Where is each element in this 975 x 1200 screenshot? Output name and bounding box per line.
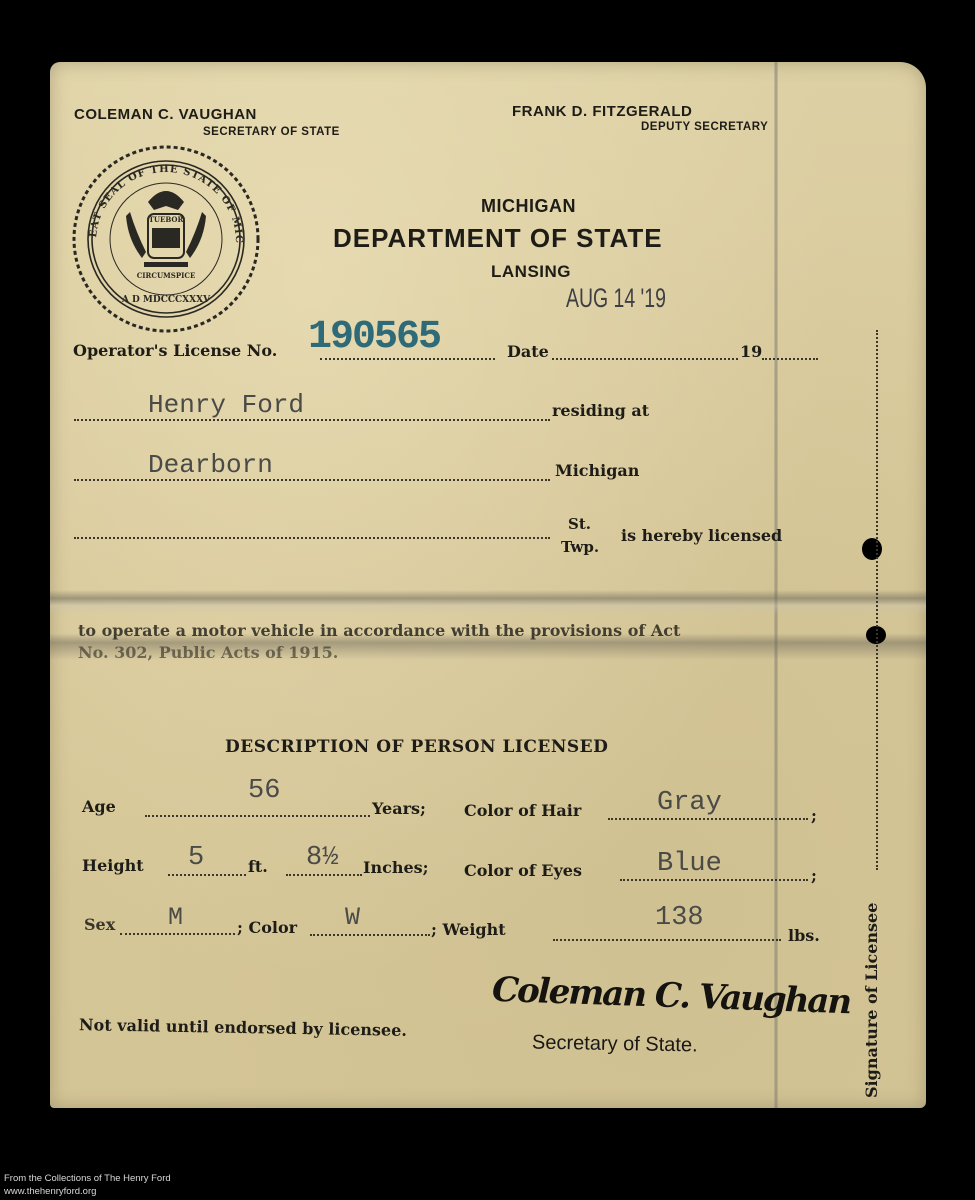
secretary-name: COLEMAN C. VAUGHAN xyxy=(74,106,257,123)
color-line xyxy=(310,934,430,936)
provision-line-2: No. 302, Public Acts of 1915. xyxy=(78,643,338,662)
height-in-value: 8½ xyxy=(306,843,338,873)
height-label: Height xyxy=(82,856,144,875)
semicolon: ; xyxy=(811,806,817,825)
department-heading: DEPARTMENT OF STATE xyxy=(333,223,663,254)
date-label: Date xyxy=(507,342,549,361)
licensee-signature-line xyxy=(876,330,878,870)
eyes-value: Blue xyxy=(657,849,722,879)
date-stamp: AUG 14 '19 xyxy=(566,283,666,314)
weight-label: ; Weight xyxy=(431,920,506,939)
sex-line xyxy=(120,933,235,935)
great-seal-of-michigan-icon: THE GREAT SEAL OF THE STATE OF MICHIGAN … xyxy=(66,142,266,336)
secretary-title: SECRETARY OF STATE xyxy=(203,126,340,138)
age-label: Age xyxy=(82,797,116,816)
license-number-label: Operator's License No. xyxy=(73,341,277,360)
city-heading: LANSING xyxy=(491,262,571,282)
signature-title: Secretary of State. xyxy=(532,1032,698,1058)
deputy-name: FRANK D. FITZGERALD xyxy=(512,103,692,120)
state-label: Michigan xyxy=(555,461,639,480)
licensee-city: Dearborn xyxy=(148,450,273,480)
ft-label: ft. xyxy=(248,857,268,876)
age-line xyxy=(145,815,370,817)
svg-text:TUEBOR: TUEBOR xyxy=(149,215,184,224)
street-line xyxy=(74,537,550,539)
semicolon: ; xyxy=(811,866,817,885)
height-in-line xyxy=(286,874,362,876)
vertical-fold-crease xyxy=(774,62,778,1108)
provision-line-1: to operate a motor vehicle in accordance… xyxy=(78,621,680,640)
residing-label: residing at xyxy=(552,401,649,420)
licensee-name: Henry Ford xyxy=(148,390,304,420)
sex-value: M xyxy=(168,903,183,932)
color-value: W xyxy=(345,903,360,932)
deputy-title: DEPUTY SECRETARY xyxy=(641,121,768,133)
torn-edge-notch xyxy=(862,538,882,560)
eyes-label: Color of Eyes xyxy=(464,861,582,880)
inches-label: Inches; xyxy=(363,858,429,877)
weight-line xyxy=(553,939,781,941)
years-label: Years; xyxy=(372,799,426,818)
licensee-signature-label: Signature of Licensee xyxy=(862,903,881,1098)
description-heading: DESCRIPTION OF PERSON LICENSED xyxy=(225,737,608,757)
credit-line: From the Collections of The Henry Ford xyxy=(4,1173,171,1184)
twp-label: Twp. xyxy=(561,538,599,556)
state-heading: MICHIGAN xyxy=(481,196,576,217)
hair-line xyxy=(608,818,808,820)
eyes-line xyxy=(620,879,808,881)
height-ft-line xyxy=(168,874,246,876)
hair-label: Color of Hair xyxy=(464,801,581,820)
date-line xyxy=(552,358,738,360)
weight-value: 138 xyxy=(655,903,704,933)
color-label: ; Color xyxy=(237,918,297,937)
height-ft-value: 5 xyxy=(188,843,204,873)
lbs-label: lbs. xyxy=(788,926,820,945)
city-line xyxy=(74,479,550,481)
credit-url: www.thehenryford.org xyxy=(4,1186,96,1197)
license-number: 190565 xyxy=(308,315,440,360)
st-label: St. xyxy=(568,515,591,533)
svg-text:CIRCUMSPICE: CIRCUMSPICE xyxy=(137,271,196,280)
licensed-label: is hereby licensed xyxy=(621,526,782,545)
year-prefix: 19 xyxy=(740,342,762,361)
name-line xyxy=(74,419,550,421)
age-value: 56 xyxy=(248,776,280,806)
svg-text:A D MDCCCXXXV: A D MDCCCXXXV xyxy=(121,295,211,305)
year-line xyxy=(762,358,818,360)
hair-value: Gray xyxy=(657,788,722,818)
sex-label: Sex xyxy=(84,915,115,934)
